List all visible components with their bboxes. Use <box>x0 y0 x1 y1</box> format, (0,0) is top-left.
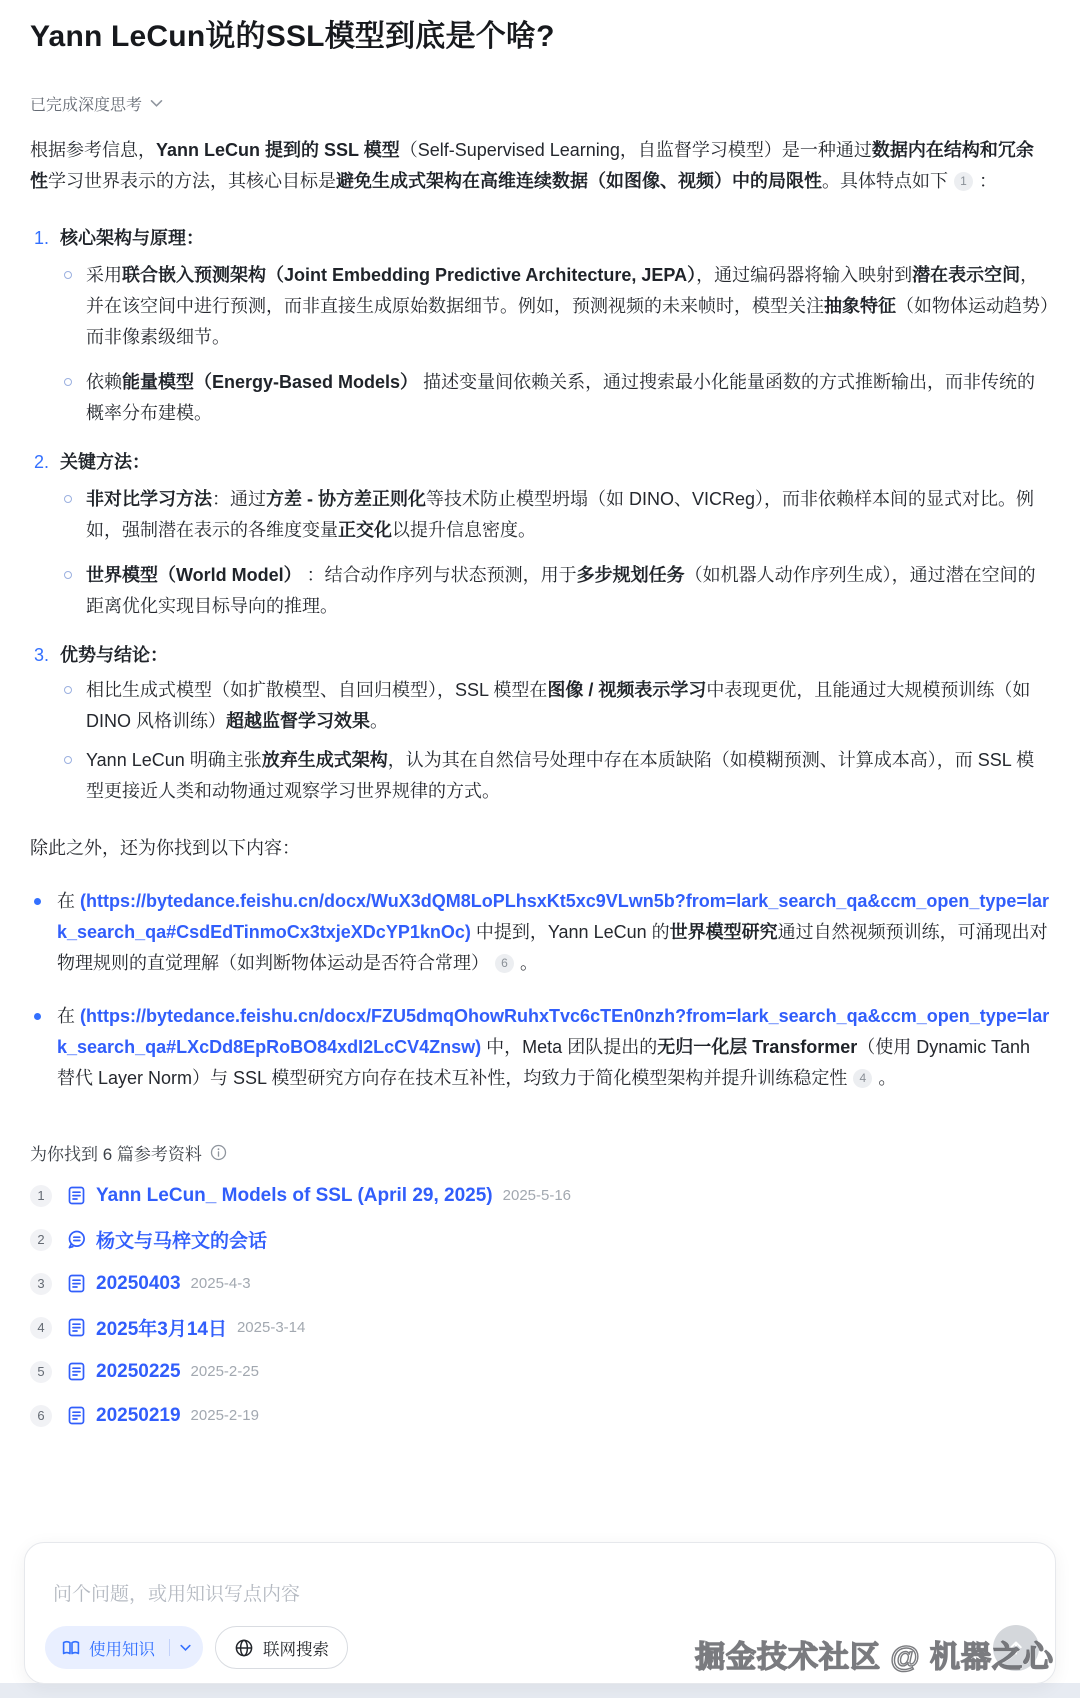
list-item: 在 (https://bytedance.feishu.cn/docx/FZU5… <box>30 1001 1050 1094</box>
citation-badge[interactable]: 6 <box>495 954 514 973</box>
text-run: Yann LeCun 提到的 SSL 模型 <box>156 140 400 160</box>
bullet-marker <box>64 756 72 764</box>
chevron-down-icon <box>150 99 163 108</box>
answer-page: Yann LeCun说的SSL模型到底是个啥? 已完成深度思考 根据参考信息，Y… <box>0 16 1080 1429</box>
globe-icon <box>234 1638 254 1658</box>
doc-icon <box>66 1405 87 1426</box>
web-search-button[interactable]: 联网搜索 <box>215 1626 348 1669</box>
bullet-marker <box>64 571 72 579</box>
text-run: 非对比学习方法 <box>86 489 212 509</box>
section-key-methods: 2. 关键方法： 非对比学习方法：通过方差 - 协方差正则化等技术防止模型坍塌（… <box>30 447 1050 622</box>
doc-icon <box>66 1317 87 1338</box>
use-knowledge-button[interactable]: 使用知识 <box>45 1626 203 1669</box>
reference-title[interactable]: 2025年3月14日 <box>96 1314 227 1341</box>
deep-think-toggle[interactable]: 已完成深度思考 <box>30 92 163 115</box>
text-run: 中提到，Yann LeCun 的 <box>471 922 670 942</box>
bullet-text: 依赖能量模型（Energy-Based Models） 描述变量间依赖关系，通过… <box>86 367 1050 429</box>
bullet-text: 世界模型（World Model） ：结合动作序列与状态预测，用于多步规划任务（… <box>86 560 1050 622</box>
page-title: Yann LeCun说的SSL模型到底是个啥? <box>30 16 1050 58</box>
reference-date: 2025-2-25 <box>191 1363 259 1380</box>
chat-icon <box>66 1229 87 1250</box>
text-run: 世界模型（World Model） <box>86 565 302 585</box>
text-run: 。 <box>878 1068 896 1088</box>
reference-number: 3 <box>30 1273 52 1295</box>
reference-title[interactable]: 杨文与马梓文的会话 <box>96 1226 267 1253</box>
text-run: 潜在表示空间 <box>912 265 1020 285</box>
doc-icon <box>66 1273 87 1294</box>
reference-title[interactable]: Yann LeCun_ Models of SSL (April 29, 202… <box>96 1185 493 1207</box>
text-run: 中，Meta 团队提出的 <box>481 1037 657 1057</box>
text-run: ，通过编码器将输入映射到 <box>696 265 912 285</box>
composer-card: 问个问题，或用知识写点内容 使用知识 联网搜索 <box>24 1542 1056 1684</box>
deep-think-label: 已完成深度思考 <box>30 92 142 115</box>
page-background-strip <box>0 1683 1080 1698</box>
references-header: 为你找到 6 篇参考资料 <box>30 1140 1050 1165</box>
text-run: 抽象特征 <box>824 296 896 316</box>
text-run: 以提升信息密度。 <box>392 520 536 540</box>
bullet-marker <box>64 271 72 279</box>
citation-badge[interactable]: 1 <box>954 172 973 191</box>
text-run: 正交化 <box>338 520 392 540</box>
reference-date: 2025-4-3 <box>191 1275 251 1292</box>
list-item: 在 (https://bytedance.feishu.cn/docx/WuX3… <box>30 886 1050 979</box>
text-run: （Joint Embedding Predictive Architecture… <box>266 265 696 285</box>
list-number: 2. <box>30 447 60 478</box>
text-run: （Energy-Based Models） <box>194 372 418 392</box>
book-icon <box>61 1638 81 1658</box>
text-run: 。具体特点如下 <box>822 171 948 191</box>
text-run: ：结合动作序列与状态预测，用于 <box>302 565 577 585</box>
bullet-text: Yann LeCun 明确主张放弃生成式架构，认为其在自然信号处理中存在本质缺陷… <box>86 745 1050 807</box>
reference-number: 4 <box>30 1317 52 1339</box>
composer-input[interactable]: 问个问题，或用知识写点内容 <box>53 1579 965 1606</box>
reference-item[interactable]: 2 杨文与马梓文的会话 <box>30 1226 1050 1253</box>
button-divider <box>169 1639 170 1656</box>
reference-number: 6 <box>30 1405 52 1427</box>
text-run: Yann LeCun 明确主张 <box>86 750 262 770</box>
bullet-marker <box>64 686 72 694</box>
text-run: ： <box>979 171 997 191</box>
text-run: 采用 <box>86 265 122 285</box>
feature-list: 1. 核心架构与原理： 采用联合嵌入预测架构（Joint Embedding P… <box>30 223 1050 807</box>
bullet-marker <box>34 898 41 905</box>
bullet-item: Yann LeCun 明确主张放弃生成式架构，认为其在自然信号处理中存在本质缺陷… <box>30 745 1050 807</box>
section-heading: 关键方法： <box>60 447 150 478</box>
citation-badge[interactable]: 4 <box>853 1069 872 1088</box>
send-button[interactable] <box>993 1625 1039 1671</box>
text-run: 在 <box>57 1006 80 1026</box>
section-heading: 核心架构与原理： <box>60 223 204 254</box>
bullet-item: 世界模型（World Model） ：结合动作序列与状态预测，用于多步规划任务（… <box>30 560 1050 622</box>
reference-item[interactable]: 5 20250225 2025-2-25 <box>30 1358 1050 1385</box>
extra-content-list: 在 (https://bytedance.feishu.cn/docx/WuX3… <box>30 886 1050 1094</box>
reference-item[interactable]: 6 20250219 2025-2-19 <box>30 1402 1050 1429</box>
text-run: ：通过 <box>212 489 266 509</box>
bullet-item: 相比生成式模型（如扩散模型、自回归模型），SSL 模型在图像 / 视频表示学习中… <box>30 675 1050 737</box>
text-run: 避免生成式架构在高维连续数据（如图像、视频）中的局限性 <box>336 171 822 191</box>
info-icon[interactable] <box>210 1144 227 1161</box>
chevron-down-icon[interactable] <box>180 1644 191 1652</box>
text-run: 方差 - 协方差正则化 <box>266 489 426 509</box>
composer-actions: 使用知识 联网搜索 <box>45 1626 348 1669</box>
text-run: 在 <box>57 891 80 911</box>
list-number: 3. <box>30 640 60 671</box>
extra-item-text: 在 (https://bytedance.feishu.cn/docx/WuX3… <box>57 886 1050 979</box>
section-advantages: 3. 优势与结论： 相比生成式模型（如扩散模型、自回归模型），SSL 模型在图像… <box>30 640 1050 807</box>
bullet-marker <box>64 378 72 386</box>
reference-title[interactable]: 20250225 <box>96 1361 181 1383</box>
reference-number: 5 <box>30 1361 52 1383</box>
reference-date: 2025-3-14 <box>237 1319 305 1336</box>
text-run: （Self-Supervised Learning，自监督学习模型）是一种通过 <box>400 140 872 160</box>
reference-item[interactable]: 1 Yann LeCun_ Models of SSL (April 29, 2… <box>30 1182 1050 1209</box>
text-run: 放弃生成式架构 <box>262 750 388 770</box>
text-run: 根据参考信息， <box>30 140 156 160</box>
text-run: 图像 / 视频表示学习 <box>547 680 706 700</box>
reference-title[interactable]: 20250219 <box>96 1405 181 1427</box>
text-run: 。 <box>520 953 538 973</box>
bullet-item: 依赖能量模型（Energy-Based Models） 描述变量间依赖关系，通过… <box>30 367 1050 429</box>
arrow-up-icon <box>1006 1638 1026 1658</box>
reference-title[interactable]: 20250403 <box>96 1273 181 1295</box>
text-run: 无归一化层 Transformer <box>657 1037 857 1057</box>
reference-item[interactable]: 4 2025年3月14日 2025-3-14 <box>30 1314 1050 1341</box>
bullet-text: 相比生成式模型（如扩散模型、自回归模型），SSL 模型在图像 / 视频表示学习中… <box>86 675 1050 737</box>
bullet-marker <box>64 495 72 503</box>
bullet-text: 采用联合嵌入预测架构（Joint Embedding Predictive Ar… <box>86 260 1050 353</box>
text-run: 依赖 <box>86 372 122 392</box>
reference-date: 2025-2-19 <box>191 1407 259 1424</box>
extra-intro: 除此之外，还为你找到以下内容： <box>30 833 1050 864</box>
bullet-item: 非对比学习方法：通过方差 - 协方差正则化等技术防止模型坍塌（如 DINO、VI… <box>30 484 1050 546</box>
intro-paragraph: 根据参考信息，Yann LeCun 提到的 SSL 模型（Self-Superv… <box>30 135 1050 197</box>
extra-item-text: 在 (https://bytedance.feishu.cn/docx/FZU5… <box>57 1001 1050 1094</box>
text-run: 世界模型研究 <box>670 922 778 942</box>
bullet-item: 采用联合嵌入预测架构（Joint Embedding Predictive Ar… <box>30 260 1050 353</box>
bullet-text: 非对比学习方法：通过方差 - 协方差正则化等技术防止模型坍塌（如 DINO、VI… <box>86 484 1050 546</box>
doc-icon <box>66 1185 87 1206</box>
text-run: 学习世界表示的方法，其核心目标是 <box>48 171 336 191</box>
reference-number: 2 <box>30 1229 52 1251</box>
section-core-architecture: 1. 核心架构与原理： 采用联合嵌入预测架构（Joint Embedding P… <box>30 223 1050 429</box>
text-run: 多步规划任务 <box>577 565 685 585</box>
use-knowledge-label: 使用知识 <box>89 1636 155 1660</box>
reference-item[interactable]: 3 20250403 2025-4-3 <box>30 1270 1050 1297</box>
references-header-label: 为你找到 6 篇参考资料 <box>30 1140 202 1165</box>
text-run: 联合嵌入预测架构 <box>122 265 266 285</box>
doc-icon <box>66 1361 87 1382</box>
text-run: 。 <box>370 711 388 731</box>
reference-number: 1 <box>30 1185 52 1207</box>
web-search-label: 联网搜索 <box>263 1636 329 1660</box>
bullet-marker <box>34 1013 41 1020</box>
section-heading: 优势与结论： <box>60 640 168 671</box>
references-list: 1 Yann LeCun_ Models of SSL (April 29, 2… <box>30 1182 1050 1429</box>
text-run: 相比生成式模型（如扩散模型、自回归模型），SSL 模型在 <box>86 680 547 700</box>
text-run: 超越监督学习效果 <box>226 711 370 731</box>
reference-date: 2025-5-16 <box>503 1187 571 1204</box>
list-number: 1. <box>30 223 60 254</box>
text-run: 能量模型 <box>122 372 194 392</box>
